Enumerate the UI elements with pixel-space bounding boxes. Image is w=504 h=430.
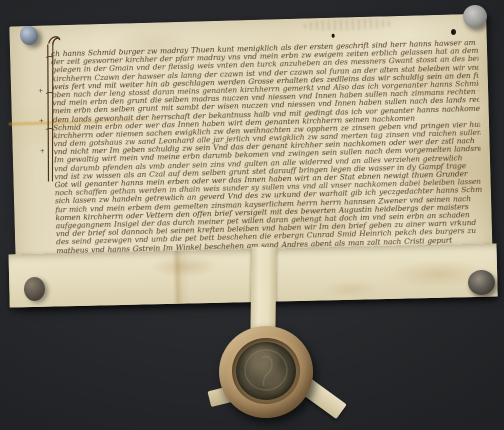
pin-top-right	[463, 5, 487, 28]
ink-dot	[451, 29, 456, 35]
margin-cross-mark: +	[38, 88, 43, 95]
pin-bottom-right	[468, 270, 495, 295]
photo-background: I + + + ch hanns Schmid burger zw madray…	[0, 0, 504, 430]
seal-impression	[236, 342, 296, 400]
showthrough-script-smudge	[303, 18, 391, 31]
seal-recess-ring	[232, 338, 300, 404]
wax-seal	[219, 326, 313, 418]
margin-cross-mark: +	[39, 118, 44, 125]
charter-text: ch hanns Schmid burger zw madray Thuen k…	[51, 39, 483, 257]
margin-cross-mark: +	[40, 148, 45, 155]
pin-top-left	[20, 26, 38, 45]
seal-figure-relief	[236, 342, 296, 400]
seal-tag	[250, 247, 276, 332]
pin-bottom-left	[24, 277, 45, 301]
ink-dot	[332, 34, 335, 38]
